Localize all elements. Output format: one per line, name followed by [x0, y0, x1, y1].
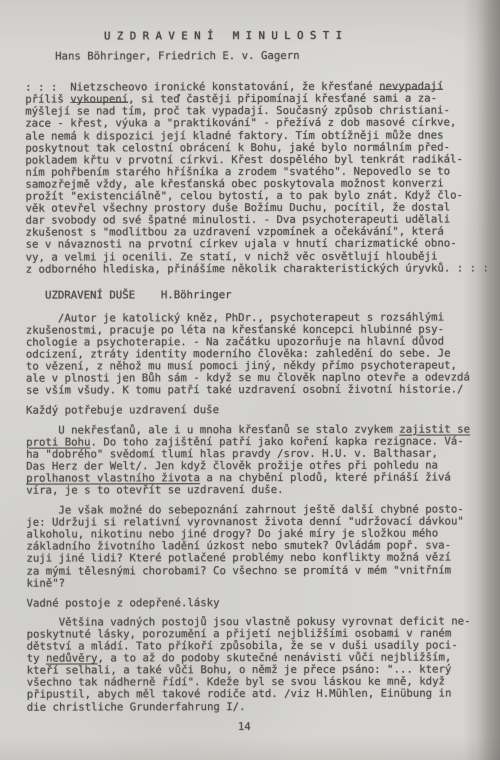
text-line: kině"? — [26, 576, 495, 589]
text-line: se vším všudy. K tomu patří také uzdrave… — [26, 384, 495, 397]
paragraph-chybne-postoje: Je však možné do sebepoznání zahrnout je… — [26, 503, 495, 589]
text-line: z odborného hlediska, přinášíme několik … — [26, 262, 495, 275]
text-segment: víra, je s to otevřít se uzdravení duše. — [26, 483, 283, 497]
text-line: die christliche Grunderfahrung I/. — [27, 700, 496, 713]
document-body: : : : Nietzscheovo ironické konstatování… — [25, 81, 496, 714]
paragraph-odeprena-laska: Většina vadných postojů jsou vlastně pok… — [27, 615, 496, 713]
text-line: UZDRAVENÍ DUŠE H.Böhringer — [26, 288, 495, 301]
text-line: Vadné postoje z odepřené.lásky — [26, 596, 495, 609]
text-line: Každý potřebuje uzdravení duše — [26, 404, 495, 417]
subheading-kazdy-potrebuje: Každý potřebuje uzdravení duše — [26, 404, 495, 417]
text-line: víra, je s to otevřít se uzdravení duše. — [26, 483, 495, 496]
intro-paragraph: : : : Nietzscheovo ironické konstatování… — [25, 81, 495, 276]
text-segment: Vadné postoje z odepřené.lásky — [26, 596, 219, 610]
document-title: U Z D R A V E N Í M I N U L O S T I — [25, 29, 494, 42]
text-segment: za mými tělesnými chorobami? Co všechno … — [26, 563, 451, 577]
page-number: 14 — [27, 720, 496, 733]
text-segment: die christliche Grunderfahrung I/. — [27, 700, 246, 714]
text-segment: z odborného hlediska, přinášíme několik … — [26, 261, 489, 275]
text-segment: se vším všudy. K tomu patří také uzdrave… — [26, 383, 464, 397]
text-segment: kině"? — [26, 576, 65, 589]
text-segment: a na chybění plodů, které přináší živá — [200, 470, 451, 484]
text-segment: UZDRAVENÍ DUŠE H.Böhringer — [26, 288, 232, 302]
document-byline: Hans Böhringer, Friedrich E. v. Gagern — [25, 49, 494, 62]
paragraph-zajistit-se: U nekřesťanů, ale i u mnoha křesťanů se … — [26, 423, 495, 497]
document-flow: U Z D R A V E N Í M I N U L O S T I Hans… — [25, 29, 496, 733]
author-note-paragraph: /Autor je katolický kněz, PhDr., psychot… — [26, 311, 495, 397]
text-segment: Každý potřebuje uzdravení duše — [26, 404, 219, 418]
subheading-vadne-postoje: Vadné postoje z odepřené.lásky — [26, 596, 495, 609]
text-line: za mými tělesnými chorobami? Co všechno … — [26, 564, 495, 577]
scanned-page: U Z D R A V E N Í M I N U L O S T I Hans… — [0, 0, 500, 760]
section-heading-uzdraveni-duse: UZDRAVENÍ DUŠE H.Böhringer — [26, 288, 495, 301]
